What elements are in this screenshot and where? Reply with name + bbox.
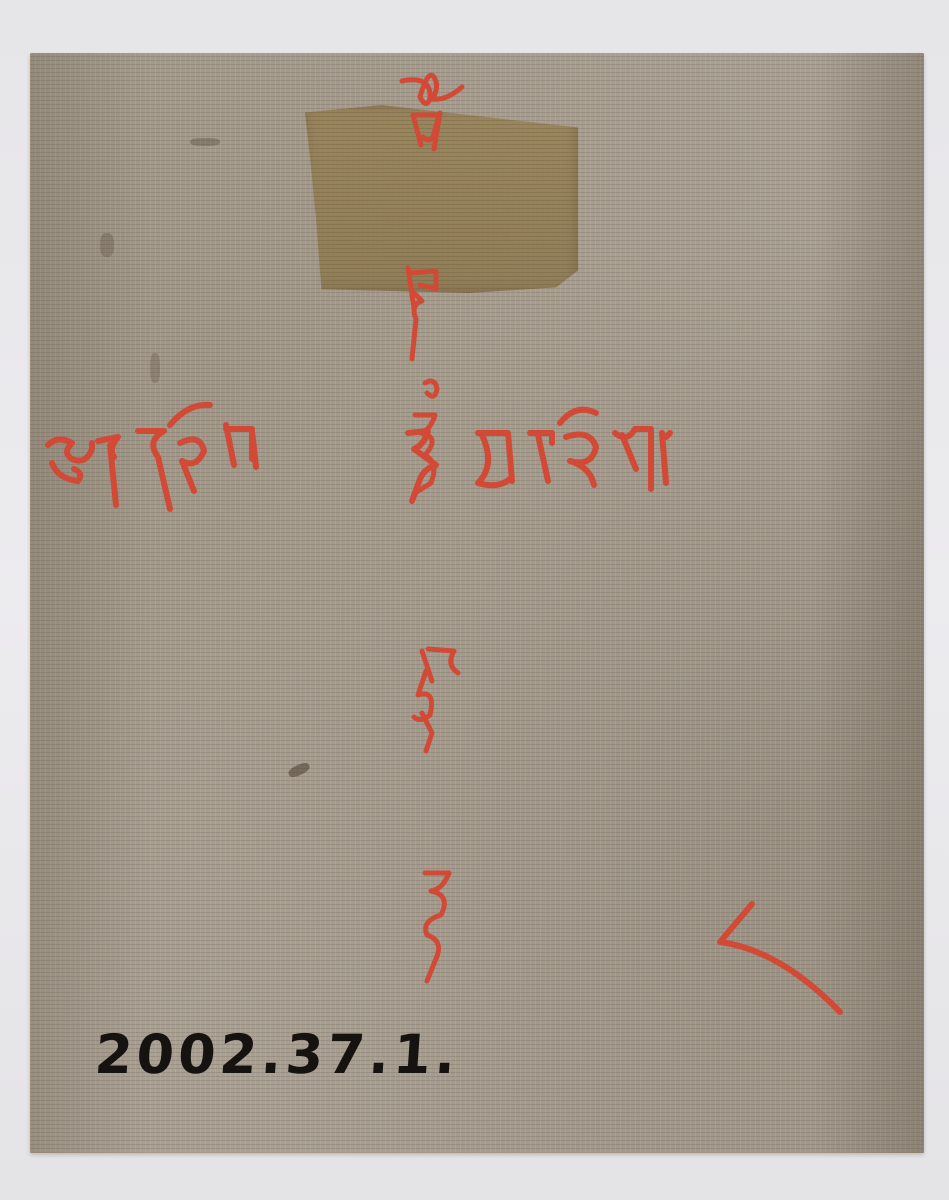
- accession-number: 2002.37.1.: [93, 1023, 462, 1086]
- painted-card: 2002.37.1.: [30, 53, 924, 1153]
- check-mark: [30, 53, 924, 1153]
